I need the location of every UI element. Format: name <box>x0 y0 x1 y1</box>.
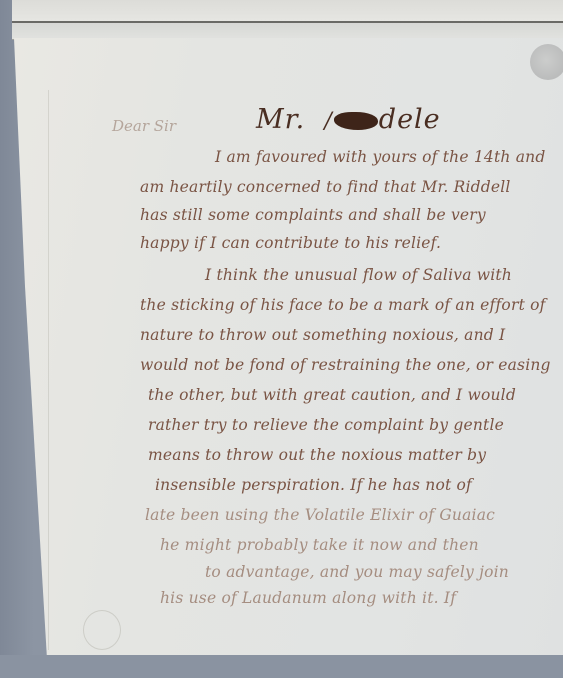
salutation: Dear Sir <box>112 117 176 135</box>
letter-line: insensible perspiration. If he has not o… <box>155 476 472 494</box>
letter-line: rather try to relieve the complaint by g… <box>148 416 504 434</box>
letter-line: am heartily concerned to find that Mr. R… <box>140 178 511 196</box>
bottom-mat <box>0 655 563 678</box>
letter-line: I am favoured with yours of the 14th and <box>215 148 545 166</box>
heading-name: dele <box>379 104 441 135</box>
ink-blot <box>334 112 378 130</box>
margin-crease <box>48 90 49 650</box>
letter-line: has still some complaints and shall be v… <box>140 206 486 224</box>
letter-line: I think the unusual flow of Saliva with <box>205 266 512 284</box>
letter-line: the other, but with great caution, and I… <box>148 386 516 404</box>
seal-stamp-icon <box>530 44 563 80</box>
letter-line: he might probably take it now and then <box>160 536 479 554</box>
paper-stain <box>83 610 121 650</box>
letter-line: to advantage, and you may safely join <box>205 563 509 581</box>
letter-line: happy if I can contribute to his relief. <box>140 234 441 252</box>
top-paper-edge <box>12 0 563 23</box>
letter-heading: Mr. /dele <box>256 104 441 135</box>
letter-line: means to throw out the noxious matter by <box>148 446 486 464</box>
paper-fold <box>12 23 563 40</box>
heading-prefix: Mr. <box>256 104 305 135</box>
letter-line: the sticking of his face to be a mark of… <box>140 296 546 314</box>
letter-line: late been using the Volatile Elixir of G… <box>145 506 495 524</box>
letter-line: nature to throw out something noxious, a… <box>140 326 505 344</box>
letter-line: his use of Laudanum along with it. If <box>160 589 456 607</box>
letter-line: would not be fond of restraining the one… <box>140 356 551 374</box>
